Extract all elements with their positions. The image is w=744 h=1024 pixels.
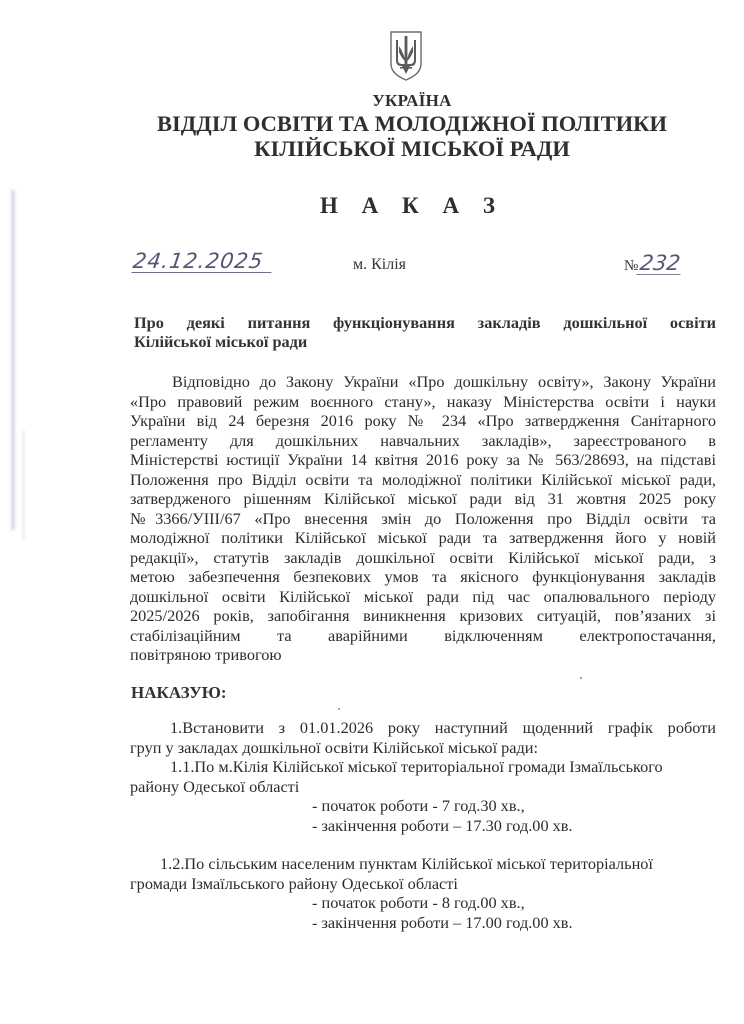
preamble-line: №3366/УІІІ/67 «Про внесення змін до Поло… [130,509,716,529]
preamble-line: «Про правовий режим воєнного стану», нак… [130,392,716,412]
item-1-1-end-time: - закінчення роботи – 17.30 год.00 хв. [130,816,716,836]
preamble-line: метою забезпечення безпекових умов та як… [130,567,716,587]
order-items: 1.Встановити з 01.01.2026 року наступний… [130,718,716,932]
item-1-line: груп у закладах дошкільної освіти Кілійс… [130,738,716,758]
preamble-line: повітряною тривогою [130,645,716,665]
item-1-2-line: громади Ізмаїльського району Одеської об… [130,874,716,894]
item-1-line: 1.Встановити з 01.01.2026 року наступний… [130,718,716,738]
scan-speck [580,677,582,679]
item-1-1-line: 1.1.По м.Кілія Кілійської міської терито… [130,757,716,777]
preamble-line: Положення про Відділ освіти та молодіжно… [130,470,716,490]
header-department: ВІДДІЛ ОСВІТИ ТА МОЛОДІЖНОЇ ПОЛІТИКИ [40,111,744,137]
preamble-line: 2025/2026 років, запобігання виникнення … [130,606,716,626]
scan-artifact [22,430,25,540]
header-council: КІЛІЙСЬКОЇ МІСЬКОЇ РАДИ [40,136,744,162]
order-subject: Про деякі питання функціонування закладі… [134,313,716,351]
scan-speck [338,708,340,710]
order-date: 24.12.2025 [131,250,274,273]
preamble-line: молодіжної політики Кілійської міської р… [130,528,716,548]
document-type-title: Н А К А З [40,193,744,219]
preamble-line: Міністерстві юстиції України 14 квітня 2… [130,450,716,470]
order-heading: НАКАЗУЮ: [131,683,227,703]
subject-line: Про деякі питання функціонування закладі… [134,313,716,332]
preamble: Відповідно до Закону України «Про дошкіл… [130,372,716,665]
preamble-line: України від 24 березня 2016 року № 234 «… [130,411,716,431]
item-1-1-start-time: - початок роботи - 7 год.30 хв., [130,796,716,816]
preamble-line: Відповідно до Закону України «Про дошкіл… [130,372,716,392]
order-city: м. Кілія [353,256,406,274]
preamble-line: стабілізаційним та аварійними відключенн… [130,626,716,646]
trident-coat-of-arms-icon [389,30,423,82]
header-country: УКРАЇНА [40,91,744,111]
order-number: №232 [624,252,682,275]
item-1-1-line: району Одеської області [130,777,716,797]
subject-line: Кілійської міської ради [134,332,307,351]
preamble-line: регламенту для дошкільних навчальних зак… [130,431,716,451]
preamble-line: затвердженого рішенням Кілійської місько… [130,489,716,509]
scan-artifact [10,190,16,530]
order-number-value: 232 [637,252,684,275]
item-1-2-line: 1.2.По сільським населеним пунктам Кілій… [130,854,716,874]
preamble-line: редакції», статутів закладів дошкільної … [130,548,716,568]
item-1-2-start-time: - початок роботи - 8 год.00 хв., [130,893,716,913]
item-1-2-end-time: - закінчення роботи – 17.00 год.00 хв. [130,913,716,933]
preamble-line: дошкільної освіти Кілійської міської рад… [130,587,716,607]
